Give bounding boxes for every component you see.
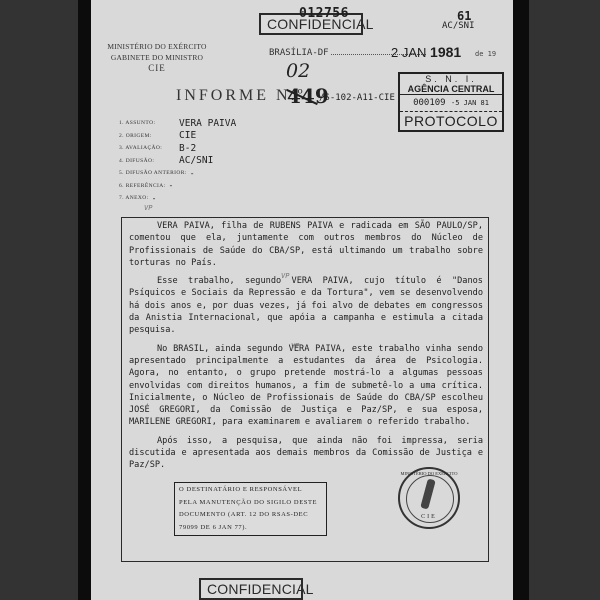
date-day-month: 2 JAN — [391, 45, 426, 60]
field-reference: 6. Referência: - — [119, 180, 236, 193]
field-previous-diffusion: 5. Difusão Anterior: - — [119, 167, 236, 180]
field-value: AC/SNI — [179, 155, 213, 166]
date-year: 1981 — [430, 44, 461, 60]
paragraph: Após isso, a pesquisa, que ainda não foi… — [122, 435, 488, 472]
confidentiality-notice: O DESTINATÁRIO E RESPONSÁVEL PELA MANUTE… — [174, 482, 327, 536]
letterhead-ministry: MINISTÉRIO DO EXÉRCITO — [107, 41, 207, 52]
date-stamp: 2 JAN 1981 — [391, 44, 461, 60]
margin-mark: VP — [291, 342, 299, 350]
field-label: 3. Avaliação: — [119, 145, 224, 151]
date-suffix: de 19 — [475, 50, 496, 58]
stamp-number: 000109 — [413, 98, 446, 108]
field-value: - — [169, 181, 174, 190]
document-page: CONFIDENCIAL 012756 61 AC/SNI MINISTÉRIO… — [91, 0, 513, 600]
field-diffusion: 4. Difusão: AC/SNI — [119, 155, 236, 168]
seal-text: MINISTÉRIO DO EXÉRCITO — [400, 471, 458, 476]
scan-edge-right — [513, 0, 529, 600]
field-label: 5. Difusão Anterior: — [119, 170, 187, 176]
margin-mark: VP — [281, 272, 289, 280]
field-value: - — [190, 169, 195, 178]
field-subject: 1. Assunto: VERA PAIVA — [119, 117, 236, 130]
header-fields: 1. Assunto: VERA PAIVA 2. Origem: CIE 3.… — [119, 117, 236, 205]
paragraph: Esse trabalho, segundo VERA PAIVA, cujo … — [122, 275, 488, 336]
stamp-office: AGÊNCIA CENTRAL — [400, 84, 502, 95]
field-value: - — [152, 194, 157, 203]
field-label: 6. Referência: — [119, 183, 166, 189]
scan-edge-left — [78, 0, 91, 600]
place: BRASÍLIA-DF — [269, 48, 329, 58]
field-evaluation: 3. Avaliação: B-2 — [119, 142, 236, 155]
stamp-agency: S. N. I. — [400, 74, 502, 84]
field-annex: 7. Anexo: - — [119, 192, 236, 205]
paragraph: No BRASIL, ainda segundo VERA PAIVA, est… — [122, 343, 488, 429]
document-number: 012756 — [299, 6, 349, 21]
margin-mark: VP — [144, 204, 152, 212]
field-value: CIE — [179, 130, 196, 141]
field-origin: 2. Origem: CIE — [119, 130, 236, 143]
field-label: 2. Origem: — [119, 133, 224, 139]
field-value: B-2 — [179, 143, 196, 154]
classification-stamp-bottom: CONFIDENCIAL — [199, 578, 303, 600]
report-code: /S-102-A11-CIE — [319, 93, 395, 103]
letterhead: MINISTÉRIO DO EXÉRCITO GABINETE DO MINIS… — [107, 41, 207, 74]
distribution-tag: AC/SNI — [442, 21, 475, 31]
protocol-stamp: S. N. I. AGÊNCIA CENTRAL 000109 -5 JAN 8… — [398, 72, 504, 132]
letterhead-cabinet: GABINETE DO MINISTRO — [107, 52, 207, 63]
stamp-label: PROTOCOLO — [400, 112, 502, 130]
stamp-date: -5 JAN 81 — [451, 99, 489, 107]
paragraph: VERA PAIVA, filha de RUBENS PAIVA e radi… — [122, 218, 488, 269]
stamp-number-date: 000109 -5 JAN 81 — [400, 95, 502, 112]
ministry-seal: MINISTÉRIO DO EXÉRCITO CIE — [398, 467, 460, 529]
field-label: 7. Anexo: — [119, 195, 149, 201]
letterhead-agency: CIE — [107, 63, 207, 74]
handwritten-number: 02 — [286, 60, 310, 82]
field-value: VERA PAIVA — [179, 118, 236, 129]
seal-label: CIE — [400, 514, 458, 520]
